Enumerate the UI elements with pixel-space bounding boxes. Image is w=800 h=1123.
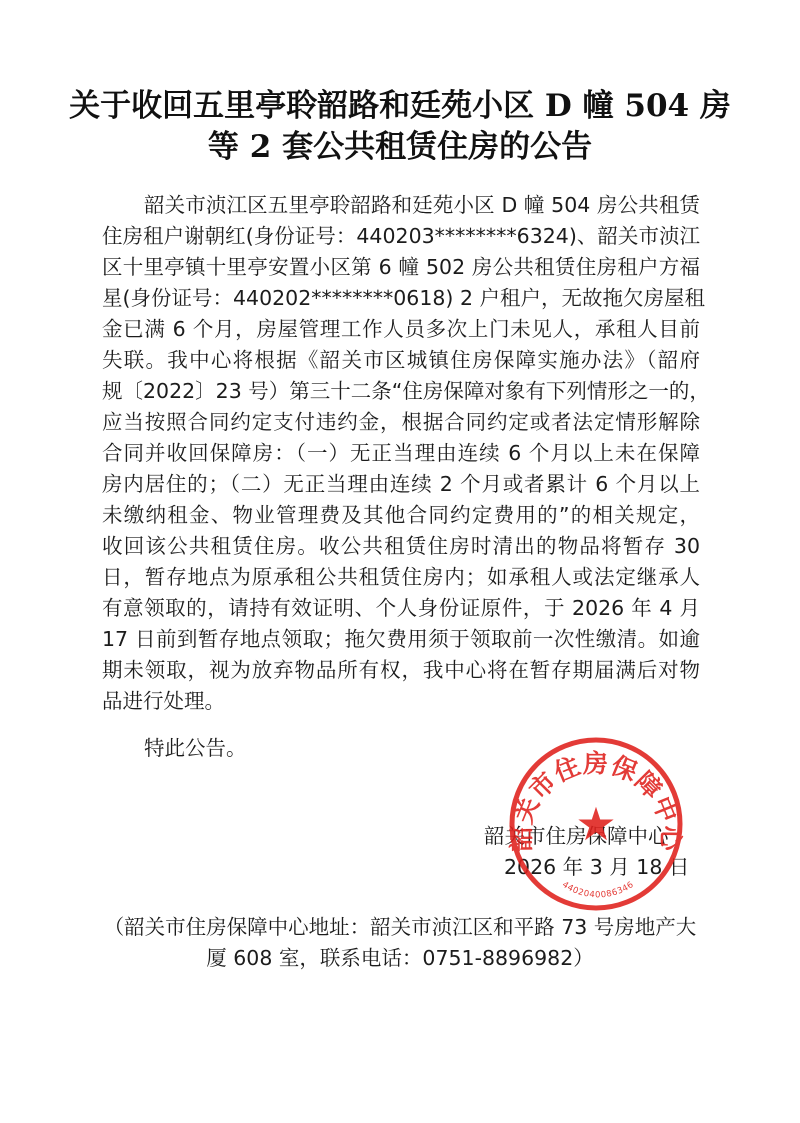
body-line: 区十里亭镇十里亭安置小区第 6 幢 502 房公共租赁住房租户方福 — [102, 252, 700, 283]
body-line: 金已满 6 个月，房屋管理工作人员多次上门未见人，承租人目前 — [102, 314, 700, 345]
body-line: 合同并收回保障房：（一）无正当理由连续 6 个月以上未在保障 — [102, 438, 700, 469]
body-line: 17 日前到暂存地点领取；拖欠费用须于领取前一次性缴清。如逾 — [102, 624, 700, 655]
notice-body: 韶关市浈江区五里亭聆韶路和廷苑小区 D 幢 504 房公共租赁 住房租户谢朝红(… — [102, 190, 700, 717]
official-seal-icon: 韶关市住房保障中心 ★ 4402040086346 — [508, 736, 684, 912]
document-title: 关于收回五里亭聆韶路和廷苑小区 D 幢 504 房 等 2 套公共租赁住房的公告 — [60, 86, 740, 168]
seal-star-icon: ★ — [575, 797, 616, 851]
body-line: 星(身份证号：440202********0618) 2 户租户，无故拖欠房屋租 — [102, 283, 700, 314]
body-line: 期未领取，视为放弃物品所有权，我中心将在暂存期届满后对物 — [102, 655, 700, 686]
body-line: 住房租户谢朝红(身份证号：440203********6324)、韶关市浈江 — [102, 221, 700, 252]
title-line-2: 等 2 套公共租赁住房的公告 — [60, 127, 740, 168]
title-line-1: 关于收回五里亭聆韶路和廷苑小区 D 幢 504 房 — [60, 86, 740, 127]
body-line: 有意领取的，请持有效证明、个人身份证原件，于 2026 年 4 月 — [102, 593, 700, 624]
body-line: 房内居住的；（二）无正当理由连续 2 个月或者累计 6 个月以上 — [102, 469, 700, 500]
body-line: 日，暂存地点为原承租公共租赁住房内；如承租人或法定继承人 — [102, 562, 700, 593]
body-line: 未缴纳租金、物业管理费及其他合同约定费用的”的相关规定， — [102, 500, 700, 531]
body-line: 应当按照合同约定支付违约金，根据合同约定或者法定情形解除 — [102, 407, 700, 438]
closing-statement: 特此公告。 — [144, 733, 247, 764]
body-line: 收回该公共租赁住房。收公共租赁住房时清出的物品将暂存 30 — [102, 531, 700, 562]
svg-text:4402040086346: 4402040086346 — [560, 880, 636, 900]
body-line: 品进行处理。 — [102, 686, 700, 717]
seal-serial-number: 4402040086346 — [560, 880, 636, 900]
body-line: 失联。我中心将根据《韶关市区城镇住房保障实施办法》（韶府 — [102, 345, 700, 376]
footer-line-2: 厦 608 室，联系电话：0751-8896982） — [90, 943, 710, 974]
contact-footer: （韶关市住房保障中心地址：韶关市浈江区和平路 73 号房地产大 厦 608 室，… — [90, 912, 710, 974]
footer-line-1: （韶关市住房保障中心地址：韶关市浈江区和平路 73 号房地产大 — [90, 912, 710, 943]
body-line: 韶关市浈江区五里亭聆韶路和廷苑小区 D 幢 504 房公共租赁 — [102, 190, 700, 221]
body-line: 规〔2022〕23 号）第三十二条“住房保障对象有下列情形之一的， — [102, 376, 700, 407]
